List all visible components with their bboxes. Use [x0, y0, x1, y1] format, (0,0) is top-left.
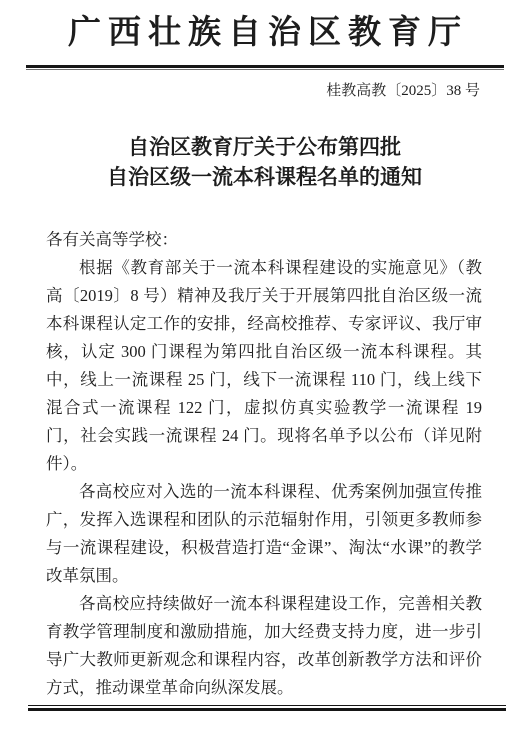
- title-line-1: 自治区教育厅关于公布第四批: [0, 132, 529, 162]
- document-page: 广西壮族自治区教育厅 桂教高教〔2025〕38 号 自治区教育厅关于公布第四批 …: [0, 0, 529, 733]
- agency-letterhead: 广西壮族自治区教育厅: [0, 0, 529, 53]
- body-paragraph-1: 根据《教育部关于一流本科课程建设的实施意见》（教高〔2019〕8 号）精神及我厅…: [46, 254, 482, 478]
- salutation: 各有关高等学校：: [46, 226, 482, 254]
- header-rule-thin-line: [26, 69, 504, 70]
- title-line-2: 自治区级一流本科课程名单的通知: [0, 162, 529, 192]
- header-rule: [26, 65, 504, 70]
- footer-rule: [28, 705, 506, 711]
- body-paragraph-2: 各高校应对入选的一流本科课程、优秀案例加强宣传推广，发挥入选课程和团队的示范辐射…: [46, 478, 482, 590]
- document-body: 各有关高等学校： 根据《教育部关于一流本科课程建设的实施意见》（教高〔2019〕…: [0, 226, 529, 702]
- footer-rule-thick-line: [28, 708, 506, 711]
- document-number: 桂教高教〔2025〕38 号: [0, 83, 529, 99]
- body-paragraph-3: 各高校应持续做好一流本科课程建设工作，完善相关教育教学管理制度和激励措施，加大经…: [46, 590, 482, 702]
- header-rule-thick-line: [26, 65, 504, 68]
- footer-rule-thin-line: [28, 705, 506, 706]
- document-title: 自治区教育厅关于公布第四批 自治区级一流本科课程名单的通知: [0, 132, 529, 192]
